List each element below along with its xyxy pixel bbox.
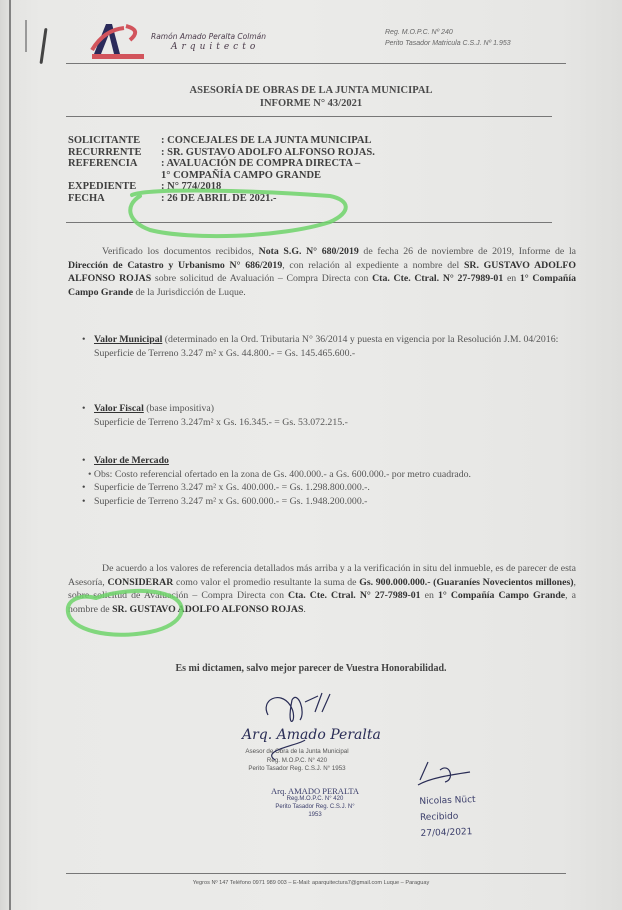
meta-row: REFERENCIA: AVALUACIÓN DE COMPRA DIRECTA…	[68, 158, 375, 170]
valor-fiscal-heading: Valor Fiscal	[94, 403, 144, 414]
meta-value: 1° COMPAÑÍA CAMPO GRANDE	[161, 170, 321, 182]
valor-mercado-obs: • Obs: Costo referencial ofertado en la …	[68, 468, 576, 482]
receiver-name: Nicolas Nüct	[419, 792, 476, 810]
letterhead-divider	[66, 63, 566, 64]
received-note: Nicolas Nüct Recibido 27/04/2021	[419, 792, 477, 842]
footer-divider	[66, 873, 566, 874]
conclusion-paragraph: De acuerdo a los valores de referencia d…	[68, 562, 576, 616]
meta-divider	[66, 222, 552, 223]
valor-mercado-heading: Valor de Mercado	[94, 455, 169, 466]
signature-credentials: Asesor de Obra de la Junta Municipal Reg…	[232, 748, 362, 774]
valor-fiscal-calc: Superficie de Terreno 3.247m² x Gs. 16.3…	[68, 416, 576, 430]
title-report-number: INFORME N° 43/2021	[0, 97, 622, 110]
meta-row: EXPEDIENTE: N° 774/2018	[68, 181, 375, 193]
reg-mopc: Reg. M.O.P.C. Nº 240	[385, 27, 511, 38]
closing-statement: Es mi dictamen, salvo mejor parecer de V…	[0, 663, 622, 674]
pen-mark	[40, 28, 48, 64]
architect-role: Arquitecto	[171, 42, 266, 52]
valor-fiscal-section: Valor Fiscal (base impositiva) Superfici…	[68, 402, 576, 429]
meta-label: EXPEDIENTE	[68, 181, 161, 193]
architect-name: Ramón Amado Peralta Colmán	[151, 32, 266, 41]
meta-row: 1° COMPAÑÍA CAMPO GRANDE	[68, 170, 375, 182]
valor-mercado-calc-1: Superficie de Terreno 3.247 m² x Gs. 400…	[68, 481, 576, 495]
paper-edge	[9, 0, 11, 910]
meta-value: : 26 DE ABRIL DE 2021.-	[161, 193, 277, 205]
meta-label: RECURRENTE	[68, 147, 161, 159]
meta-row: RECURRENTE: SR. GUSTAVO ADOLFO ALFONSO R…	[68, 147, 375, 159]
title-office: ASESORÍA DE OBRAS DE LA JUNTA MUNICIPAL	[0, 84, 622, 97]
signature-stamp: Arq. AMADO PERALTA Reg.M.O.P.C. N° 420 P…	[270, 787, 360, 819]
architect-block: Ramón Amado Peralta Colmán Arquitecto	[151, 32, 266, 52]
received-date: 27/04/2021	[420, 824, 477, 842]
intro-paragraph: Verificado los documentos recibidos, Not…	[68, 245, 576, 299]
valor-municipal-heading: Valor Municipal	[94, 334, 162, 345]
registration-info: Reg. M.O.P.C. Nº 240 Perito Tasador Matr…	[385, 27, 511, 49]
meta-value: : CONCEJALES DE LA JUNTA MUNICIPAL	[161, 135, 372, 147]
title-divider	[66, 116, 552, 117]
pen-mark	[25, 20, 27, 52]
valor-mercado-calc-2: Superficie de Terreno 3.247 m² x Gs. 600…	[68, 495, 576, 509]
meta-value: : SR. GUSTAVO ADOLFO ALFONSO ROJAS.	[161, 147, 375, 159]
reg-csj: Perito Tasador Matricula C.S.J. Nº 1.953	[385, 38, 511, 49]
valor-mercado-section: Valor de Mercado • Obs: Costo referencia…	[68, 454, 576, 508]
meta-row: SOLICITANTE: CONCEJALES DE LA JUNTA MUNI…	[68, 135, 375, 147]
meta-value: : AVALUACIÓN DE COMPRA DIRECTA –	[161, 158, 360, 170]
meta-label: REFERENCIA	[68, 158, 161, 170]
company-logo	[88, 20, 146, 60]
meta-value: : N° 774/2018	[161, 181, 221, 193]
meta-row: FECHA: 26 DE ABRIL DE 2021.-	[68, 193, 375, 205]
valor-municipal-calc: Superficie de Terreno 3.247 m² x Gs. 44.…	[68, 347, 576, 361]
footer-contact: Yegros Nº 147 Teléfono 0971 989 003 – E-…	[0, 880, 622, 886]
valor-municipal-section: Valor Municipal (determinado en la Ord. …	[68, 333, 576, 360]
document-title: ASESORÍA DE OBRAS DE LA JUNTA MUNICIPAL …	[0, 84, 622, 110]
meta-label: FECHA	[68, 193, 161, 205]
handwritten-signature-name: Arq. Amado Peralta	[242, 727, 381, 743]
meta-label: SOLICITANTE	[68, 135, 161, 147]
meta-label	[68, 170, 161, 182]
report-metadata: SOLICITANTE: CONCEJALES DE LA JUNTA MUNI…	[68, 135, 375, 204]
